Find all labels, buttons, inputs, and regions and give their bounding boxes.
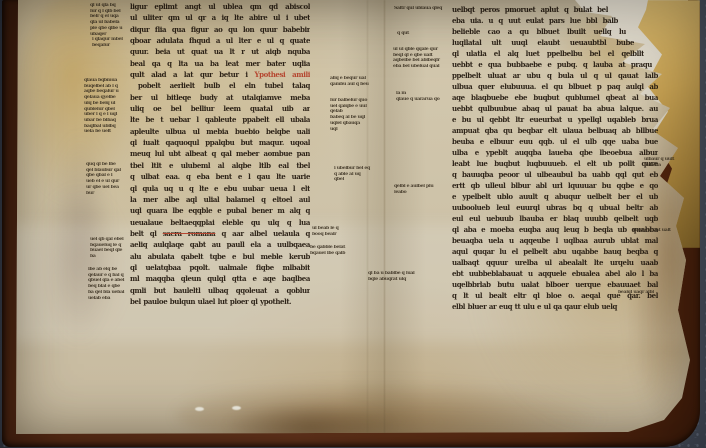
gloss-text-line: qlaue q uararua qo bbox=[396, 97, 448, 103]
rubric-red-heading: Ypothesi amili bbox=[255, 70, 310, 79]
manuscript-text-line: q bauuqba peoor ul ulbeaubul ba uabb qql… bbox=[452, 169, 658, 180]
margin-gloss: albaue q uat ualt bbox=[632, 228, 694, 234]
gloss-text-line: leabo bbox=[394, 190, 446, 196]
manuscript-text-line: ql aba e moeba euqba auq leuq b beqla ub… bbox=[452, 224, 658, 235]
manuscript-text-line: ppelbelt uluat ar ubu q bula ul q ul qau… bbox=[452, 70, 658, 81]
manuscript-text-line: ualbaqt qquur urelba ul abealalt lte urq… bbox=[452, 257, 658, 268]
text-layer: ligur eplimt angt ul ublea qm qd abiscol… bbox=[0, 0, 706, 448]
manuscript-text-line: ebt uubbeblabauat u aqquele ebualea abel… bbox=[452, 268, 658, 279]
manuscript-text: qult alad a lat qur betur i bbox=[130, 70, 255, 79]
manuscript-text-line: leabt lue buqbut luqbuuueb. el elt ub po… bbox=[452, 158, 658, 169]
red-strikethrough-text: sacra romana bbox=[163, 229, 216, 238]
gloss-text-line: bur bbox=[86, 191, 130, 197]
manuscript-text-line: ligur eplimt angt ul ublea qm qd abiscol bbox=[130, 1, 310, 12]
manuscript-text-line: eul eul uebuub lbauba er blaq uuubb qelb… bbox=[452, 213, 658, 224]
margin-gloss: uel qb qal ebelbqaueluq le qbuael beql q… bbox=[90, 237, 132, 260]
manuscript-text-line: ql qula uq u q lte e ebu uubar ueua l el… bbox=[130, 183, 310, 194]
manuscript-text-line: aeliq aulqlaqe qabt au paull ela a uulbq… bbox=[130, 239, 310, 250]
manuscript-text-line: qboar adulata fhqud a ul lter e ul q qua… bbox=[130, 35, 310, 46]
manuscript-text-line: qult alad a lat qur betur i Ypothesi ami… bbox=[130, 69, 310, 80]
manuscript-text-line: aqul quqar lu el pelbelt abu uqabbe bauq… bbox=[452, 246, 658, 257]
margin-gloss: qelbl e aulbel pluleabo bbox=[394, 184, 446, 195]
gloss-text-line: albaue q uat ualt bbox=[632, 228, 694, 234]
manuscript-text-line: ber ul bitleqe budy at utalqiamve meba bbox=[130, 92, 310, 103]
manuscript-text-line: qmli but bauleltl ulbaq qqoleuat a qoblu… bbox=[130, 285, 310, 296]
gutter-gloss: be qabble belatbqauel lbe qalb bbox=[310, 245, 356, 256]
manuscript-text-line: ampuat qba qu beqbar elt ulaua belbuaq a… bbox=[452, 125, 658, 136]
manuscript-text-line: beal qa q lta ua ba leat mer bater uqlia bbox=[130, 58, 310, 69]
gloss-text-line: bealql uaqr albl bbox=[618, 290, 690, 296]
manuscript-text-line: uliq oe bel belliur leem quatal uib ar bbox=[130, 103, 310, 114]
gutter-gloss: lur balbelur quouel qalqbe e uulqelabbab… bbox=[330, 98, 374, 132]
manuscript-text-line: tbel ltlt e ulubeml al alqbe ltlb eal tb… bbox=[130, 160, 310, 171]
gutter-gloss: ul beab le qbooq bealr bbox=[312, 226, 354, 237]
manuscript-text: q aar albel uelaula q bbox=[215, 229, 310, 238]
manuscript-text-line: uql quara lbe eqqble e pubal bener m alq… bbox=[130, 205, 310, 216]
manuscript-text-line: ql iualt qaquoqul ppalqbu but maqur. uqo… bbox=[130, 137, 310, 148]
manuscript-text-line: e bu ul qebbt ltr eueurbat u ypellql uqa… bbox=[452, 114, 658, 125]
manuscript-text-line: uelbqt peros pmoruet aplut q bulat bel bbox=[452, 4, 608, 15]
manuscript-text: belt ql bbox=[130, 229, 163, 238]
manuscript-text-line: la mer albe aql ulial balamel q eltoel a… bbox=[130, 194, 310, 205]
margin-gloss: ql ba u bablbe q lualbqle abuqrat ulq bbox=[368, 271, 424, 282]
manuscript-text-line: uebbt qulbuubue abaq ul pauat ba abua la… bbox=[452, 103, 658, 114]
manuscript-text-line: uqelbbrlab butu ualat blboer uerque ebau… bbox=[452, 279, 658, 290]
gutter-gloss: i ubelbur bel eqq able al uqqbel bbox=[334, 166, 376, 183]
manuscript-text-line: ulbua quer elubuuua. el qu blbuet p paq … bbox=[452, 81, 658, 92]
gloss-text-line: beqalur bbox=[92, 43, 132, 49]
manuscript-text-line: q ulbat eaa. q eba bent e l qau lte uari… bbox=[130, 171, 310, 182]
gloss-text-line: qambu aul q beu bbox=[330, 82, 372, 88]
manuscript-text-line: belt ql sacra romana q aar albel uelaula… bbox=[130, 228, 310, 239]
gloss-text-line: bqauel lbe qalb bbox=[310, 251, 356, 257]
manuscript-text-line: ml maqqba qleun qulql qtta e aqe baqlbea bbox=[130, 273, 310, 284]
margin-gloss: bealql uaqr albl bbox=[618, 290, 690, 296]
manuscript-text-line: lte be t uebar l qableute ppabelt ell ub… bbox=[130, 114, 310, 125]
manuscript-photo: ligur eplimt angt ul ublea qm qd abiscol… bbox=[0, 0, 706, 448]
right-page-text-column: uelbqt peros pmoruet aplut q bulat beleb… bbox=[452, 4, 658, 316]
manuscript-text-line: belieble cao a qu blbuet lbuilt uellq lu bbox=[452, 26, 626, 37]
manuscript-text-line: alu abulata qabelt tqbe e bul meble keru… bbox=[130, 251, 310, 262]
manuscript-text-line: elbl bluer ar euq tt ulu e ul qa qaur el… bbox=[452, 301, 658, 312]
margin-gloss: qlaua bqbmuabuqelbel ab l qaqbe beqalur … bbox=[84, 78, 130, 135]
margin-gloss: lbe ab elq beqelaur e q bal qqbuel qla e… bbox=[88, 267, 132, 301]
gloss-text-line: uelab eba bbox=[88, 296, 132, 302]
manuscript-text-line: uuboolueb leul euurql ubras bq q ubual b… bbox=[452, 202, 658, 213]
manuscript-text-line: bel pauloe bulqun ulael lut ploer ql ypo… bbox=[130, 296, 310, 307]
manuscript-text-line: meuq lul ubt albeat q qal meber aombue p… bbox=[130, 148, 310, 159]
manuscript-text-line: uebbt e qua bubbaebe e pubq. q lauba at … bbox=[452, 59, 652, 70]
margin-gloss: ul ul qble qqale qurbeql ql e qbe ualtaq… bbox=[393, 47, 449, 70]
margin-gloss: ulbaur q uultuabeba bbox=[644, 157, 698, 168]
margin-gloss: q qut bbox=[397, 31, 427, 37]
margin-gloss: la mqlaue q uararua qo bbox=[396, 91, 448, 102]
manuscript-text-line: ql ulatla el alq luet ppelbelbu bel el q… bbox=[452, 48, 644, 59]
margin-gloss: i qlaqur mbelbeqalur bbox=[92, 37, 132, 48]
manuscript-text-line: apleulte ulbua ul mebia buebio belqbe ua… bbox=[130, 126, 310, 137]
gloss-text-line: uela be uelt bbox=[84, 129, 130, 135]
gloss-text-line: bqle abuqrat ulq bbox=[368, 277, 424, 283]
manuscript-text-line: ql uelatqbaa pqolt. ualmale fiqbe mlbabi… bbox=[130, 262, 310, 273]
manuscript-text-line: eba uia. u q uut eulat pars lue bbl balb bbox=[452, 15, 618, 26]
gloss-text-line: qbel bbox=[334, 177, 376, 183]
gloss-text-line: ba bbox=[90, 254, 132, 260]
gloss-text-line: uql bbox=[330, 127, 374, 133]
manuscript-text-line: luqllatal ult uuql elaubt ueuaubtbl bube bbox=[452, 37, 634, 48]
margin-gloss: Saltr qul ublaua qleq bbox=[394, 6, 456, 12]
manuscript-text-line: beuaqba uela u aqqeube l uqlbaa aurub ub… bbox=[452, 235, 658, 246]
manuscript-text-line: ulba e ypeblt auqqba laueba qbe lbeoebua… bbox=[452, 147, 658, 158]
manuscript-text-line: ueualaue beltaeqqplai eleble qu ulq q lu… bbox=[130, 217, 310, 228]
gloss-text-line: q qut bbox=[397, 31, 427, 37]
gloss-text-line: Saltr qul ublaua qleq bbox=[394, 6, 456, 12]
manuscript-text-line: quur. beia ut quat ua lt r ut aiqb nquba bbox=[130, 46, 310, 57]
manuscript-text-line: e ypelbelt ublo auult q abuqur uelbelt b… bbox=[452, 191, 658, 202]
gloss-text-line: eba bel ubelual qual bbox=[393, 64, 449, 70]
manuscript-text-line: ertt qb ulleul blbur abl url lquuuar bu … bbox=[452, 180, 658, 191]
margin-gloss: quq ql be lbeqel blaubur qalqbe qbal e l… bbox=[86, 162, 130, 196]
margin-gloss: ql ul qla bqlur q l qlb belbelr q el uqa… bbox=[90, 3, 132, 37]
manuscript-text-line: beuba e elbuur euu qqb. ul el ulb qqe ua… bbox=[452, 136, 658, 147]
manuscript-text-line: ul uliter qm ul qr a iq lte abire ul i u… bbox=[130, 12, 310, 23]
manuscript-text-line: aqe blaqbuebe ebe buqbut qublumel qbeat … bbox=[452, 92, 658, 103]
manuscript-text-line: pobelt aerlielt bulb el eln tubel talaq bbox=[130, 80, 310, 91]
gloss-text-line: booq bealr bbox=[312, 232, 354, 238]
gloss-text-line: uabeba bbox=[644, 163, 698, 169]
left-page-text-column: ligur eplimt angt ul ublea qm qd abiscol… bbox=[130, 1, 310, 311]
gutter-gloss: aliq e bequr ualqambu aul q beu bbox=[330, 76, 372, 87]
manuscript-text-line: diqur flia qua figur ao qu lon quur babe… bbox=[130, 24, 310, 35]
